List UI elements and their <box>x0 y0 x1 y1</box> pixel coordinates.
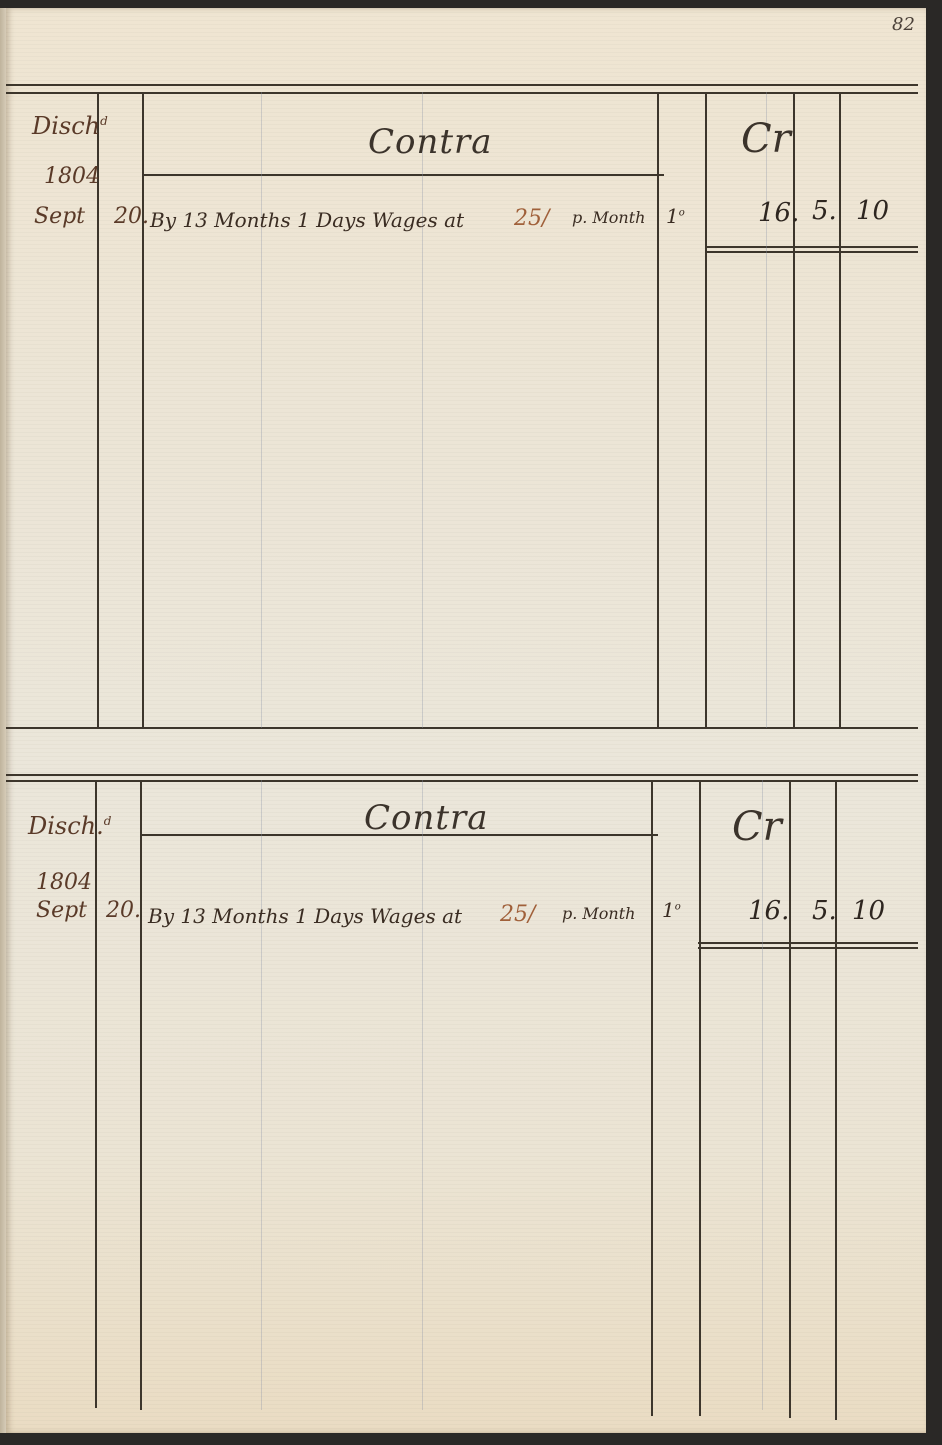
amount-shillings: 5. <box>812 896 837 926</box>
entry-folio: 1o <box>666 204 685 228</box>
discharged-label: Dischd <box>32 112 108 140</box>
credit-heading: Cr <box>741 116 791 162</box>
entry-month: Sept <box>34 204 85 229</box>
amount-shillings: 5. <box>812 196 837 226</box>
amount-pounds: 16. <box>758 198 799 228</box>
col-rule-shillings <box>839 92 841 728</box>
entry-folio: 1o <box>662 898 681 922</box>
entry-description: By 13 Months 1 Days Wages at <box>150 208 464 232</box>
entry-rate: 25/ <box>514 206 549 231</box>
entry-month: Sept <box>36 898 87 923</box>
faint-guide <box>762 780 763 1410</box>
faint-guide <box>422 92 423 728</box>
col-rule-day <box>142 92 144 728</box>
top-rule-outer <box>6 774 918 776</box>
amount-pence: 10 <box>856 196 889 226</box>
faint-guide <box>261 92 262 728</box>
entry-day: 20. <box>106 898 141 923</box>
entry-description: By 13 Months 1 Days Wages at <box>148 904 462 928</box>
entry-rate: 25/ <box>500 902 535 927</box>
top-rule-inner <box>6 780 918 782</box>
col-rule-desc <box>651 780 653 1416</box>
amount-pounds: 16. <box>748 896 789 926</box>
contra-heading-underline <box>144 174 664 176</box>
entry-day: 20. <box>114 204 149 229</box>
col-rule-folio <box>705 92 707 728</box>
col-rule-date <box>95 780 97 1408</box>
col-rule-folio <box>699 780 701 1416</box>
amount-pence: 10 <box>852 896 885 926</box>
top-rule-outer <box>6 84 918 86</box>
contra-heading: Contra <box>368 122 493 162</box>
faint-guide <box>261 780 262 1410</box>
amount-rule-inner <box>706 251 918 253</box>
contra-heading: Contra <box>364 798 489 838</box>
col-rule-pounds <box>793 92 795 728</box>
entry-year: 1804 <box>44 164 100 189</box>
faint-guide <box>766 92 767 728</box>
amount-rule-outer <box>706 246 918 248</box>
col-rule-day <box>140 780 142 1410</box>
faint-guide <box>422 780 423 1410</box>
entry-year: 1804 <box>36 870 92 895</box>
amount-rule-outer <box>698 942 918 944</box>
page-number: 82 <box>892 14 915 35</box>
credit-heading: Cr <box>732 804 782 850</box>
amount-rule-inner <box>698 947 918 949</box>
discharged-label: Disch.d <box>28 812 111 840</box>
col-rule-shillings <box>835 780 837 1420</box>
entry-per-month: p. Month <box>562 904 635 923</box>
col-rule-pounds <box>789 780 791 1418</box>
ledger-page: 82 Dischd 1804 Sept 20. Contra Cr By 13 … <box>6 8 926 1433</box>
col-rule-desc <box>657 92 659 728</box>
entry-per-month: p. Month <box>572 208 645 227</box>
